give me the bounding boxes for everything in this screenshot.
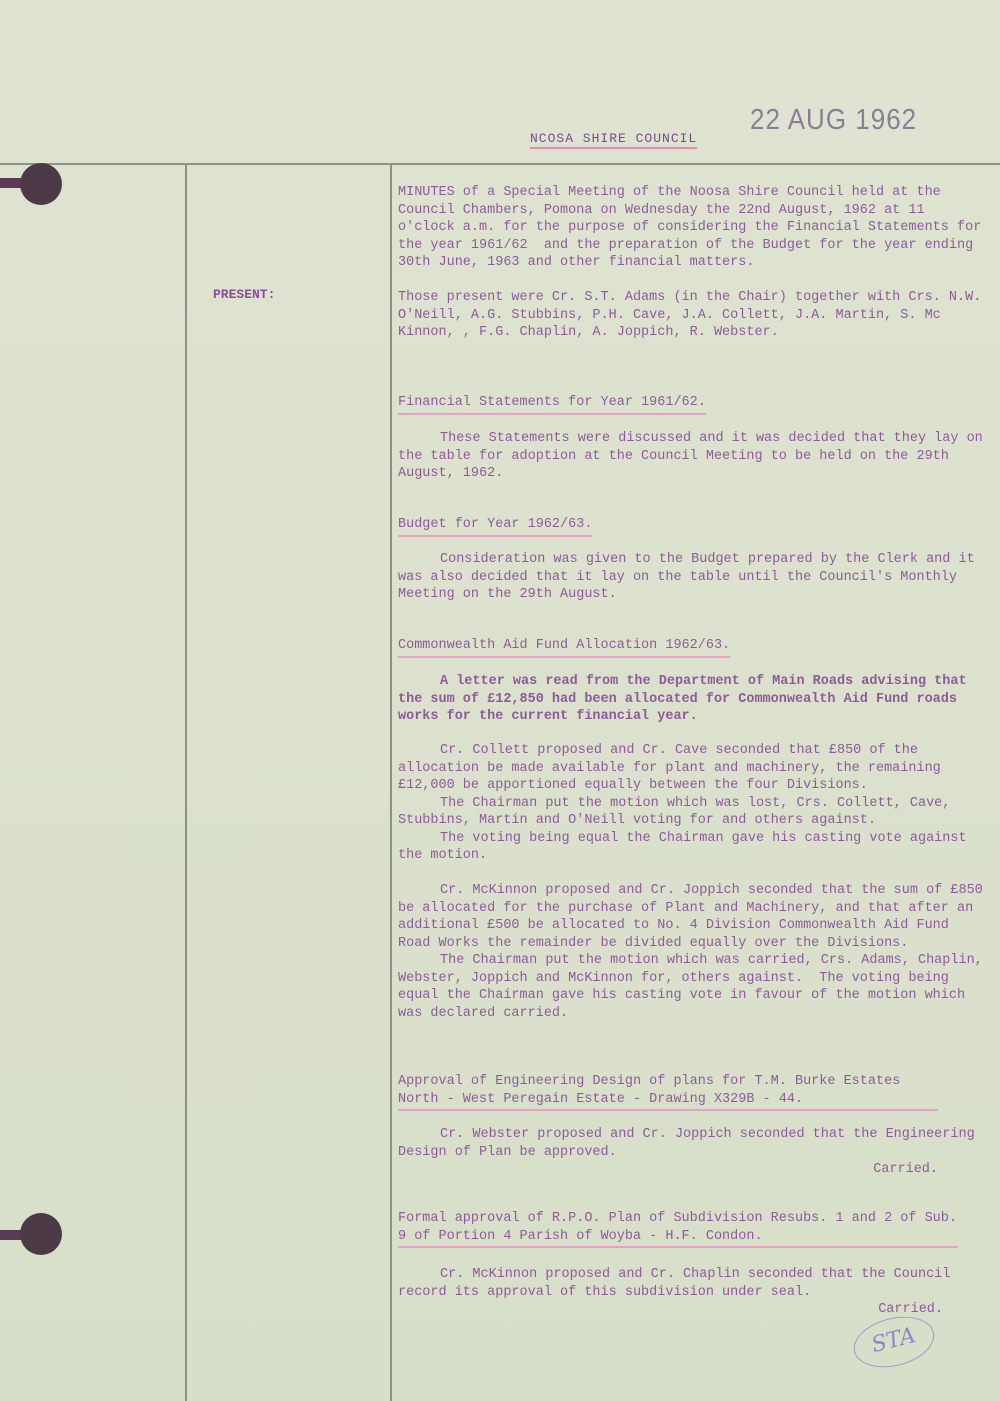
present-list: Those present were Cr. S.T. Adams (in th… [398, 289, 983, 342]
heading-text: Commonwealth Aid Fund Allocation 1962/63… [398, 637, 730, 655]
section-engineering-design: Cr. Webster proposed and Cr. Joppich sec… [398, 1126, 983, 1179]
paragraph: The Chairman put the motion which was ca… [398, 952, 983, 1022]
section-financial-statements: These Statements were discussed and it w… [398, 430, 983, 483]
council-title: NCOSA SHIRE COUNCIL [530, 131, 697, 149]
section-heading-financial-statements: Financial Statements for Year 1961/62. [398, 394, 706, 415]
header-rule [0, 163, 1000, 165]
date-stamp: 22 AUG 1962 [750, 102, 917, 136]
margin-rule-right [390, 165, 392, 1401]
paragraph: Cr. Collett proposed and Cr. Cave second… [398, 742, 983, 795]
section-commonwealth-aid: A letter was read from the Department of… [398, 673, 983, 726]
intro-paragraph: MINUTES of a Special Meeting of the Noos… [398, 184, 983, 272]
paragraph: The Chairman put the motion which was lo… [398, 795, 983, 830]
paragraph: Cr. McKinnon proposed and Cr. Joppich se… [398, 882, 983, 952]
paragraph: Consideration was given to the Budget pr… [398, 551, 983, 604]
motion-collett: Cr. Collett proposed and Cr. Cave second… [398, 742, 983, 865]
heading-text: Formal approval of R.P.O. Plan of Subdiv… [398, 1210, 958, 1245]
result-carried: Carried. [398, 1161, 983, 1179]
section-budget: Consideration was given to the Budget pr… [398, 551, 983, 604]
motion-mckinnon: Cr. McKinnon proposed and Cr. Joppich se… [398, 882, 983, 1022]
paragraph: The voting being equal the Chairman gave… [398, 830, 983, 865]
section-heading-subdivision: Formal approval of R.P.O. Plan of Subdiv… [398, 1210, 958, 1248]
present-label: PRESENT: [213, 287, 275, 302]
present-paragraph: Those present were Cr. S.T. Adams (in th… [398, 289, 983, 342]
punch-hole-icon [20, 1213, 62, 1255]
section-heading-budget: Budget for Year 1962/63. [398, 516, 592, 537]
paragraph: A letter was read from the Department of… [398, 673, 983, 726]
result-carried: Carried. [398, 1301, 983, 1319]
section-heading-engineering-design: Approval of Engineering Design of plans … [398, 1073, 938, 1111]
heading-text: Approval of Engineering Design of plans … [398, 1073, 938, 1108]
section-subdivision: Cr. McKinnon proposed and Cr. Chaplin se… [398, 1266, 983, 1319]
punch-hole-icon [20, 163, 62, 205]
paragraph: Cr. McKinnon proposed and Cr. Chaplin se… [398, 1266, 983, 1301]
heading-text: Financial Statements for Year 1961/62. [398, 394, 706, 412]
minutes-intro: MINUTES of a Special Meeting of the Noos… [398, 184, 983, 272]
paragraph: Cr. Webster proposed and Cr. Joppich sec… [398, 1126, 983, 1161]
paragraph: These Statements were discussed and it w… [398, 430, 983, 483]
section-heading-commonwealth-aid: Commonwealth Aid Fund Allocation 1962/63… [398, 637, 730, 658]
heading-text: Budget for Year 1962/63. [398, 516, 592, 534]
margin-rule-left [185, 165, 187, 1401]
